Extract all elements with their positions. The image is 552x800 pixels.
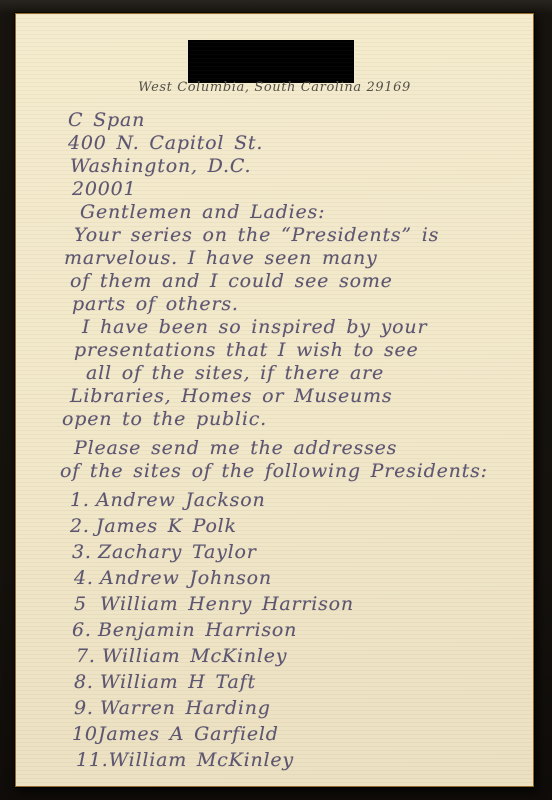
president-name: James A Garfield <box>98 723 279 745</box>
president-name: William Henry Harrison <box>100 593 354 615</box>
list-number: 8. <box>74 669 100 695</box>
body-line: open to the public. <box>62 408 523 431</box>
president-list-item: 5William Henry Harrison <box>74 591 523 617</box>
list-number: 5 <box>74 591 100 617</box>
list-number: 2. <box>70 513 96 539</box>
body-line: presentations that I wish to see <box>74 339 523 362</box>
presidents-list: 1.Andrew Jackson 2.James K Polk 3.Zachar… <box>60 487 523 773</box>
recipient-line: Washington, D.C. <box>70 155 523 178</box>
list-number: 7. <box>76 643 102 669</box>
body-line: marvelous. I have seen many <box>64 247 523 270</box>
recipient-line: 20001 <box>72 178 523 201</box>
president-list-item: 4.Andrew Johnson <box>74 565 523 591</box>
recipient-line: C Span <box>68 109 523 132</box>
body-line: of them and I could see some <box>70 270 523 293</box>
photo-background: West Columbia, South Carolina 29169 C Sp… <box>0 0 552 800</box>
president-name: William H Taft <box>100 671 256 693</box>
president-list-item: 2.James K Polk <box>70 513 523 539</box>
list-number: 6. <box>72 617 98 643</box>
body-line: all of the sites, if there are <box>86 362 523 385</box>
redaction-box <box>188 40 354 83</box>
body-line: Please send me the addresses <box>74 437 523 460</box>
letter-page: West Columbia, South Carolina 29169 C Sp… <box>15 13 534 787</box>
list-number: 11. <box>76 747 109 773</box>
salutation: Gentlemen and Ladies: <box>80 201 523 224</box>
president-name: Benjamin Harrison <box>98 619 297 641</box>
body-line: I have been so inspired by your <box>82 316 523 339</box>
body-line: parts of others. <box>72 293 523 316</box>
handwritten-content: C Span 400 N. Capitol St. Washington, D.… <box>60 109 523 773</box>
president-name: Andrew Johnson <box>100 567 272 589</box>
president-name: William McKinley <box>109 749 294 771</box>
list-number: 9. <box>74 695 100 721</box>
president-list-item: 3.Zachary Taylor <box>72 539 523 565</box>
president-list-item: 11.William McKinley <box>76 747 523 773</box>
president-name: Zachary Taylor <box>98 541 257 563</box>
list-number: 3. <box>72 539 98 565</box>
president-list-item: 6.Benjamin Harrison <box>72 617 523 643</box>
president-name: James K Polk <box>96 515 237 537</box>
president-name: Warren Harding <box>100 697 271 719</box>
president-list-item: 7.William McKinley <box>76 643 523 669</box>
president-list-item: 8.William H Taft <box>74 669 523 695</box>
list-number: 1. <box>70 487 96 513</box>
recipient-line: 400 N. Capitol St. <box>68 132 523 155</box>
list-number: 4. <box>74 565 100 591</box>
body-line: Your series on the “Presidents” is <box>74 224 523 247</box>
body-line: Libraries, Homes or Museums <box>70 385 523 408</box>
president-list-item: 1.Andrew Jackson <box>70 487 523 513</box>
president-list-item: 9.Warren Harding <box>74 695 523 721</box>
president-name: William McKinley <box>102 645 287 667</box>
president-list-item: 10James A Garfield <box>72 721 523 747</box>
president-name: Andrew Jackson <box>96 489 265 511</box>
list-number: 10 <box>72 721 98 747</box>
body-line: of the sites of the following Presidents… <box>60 460 523 483</box>
letterhead-location: West Columbia, South Carolina 29169 <box>16 80 533 95</box>
